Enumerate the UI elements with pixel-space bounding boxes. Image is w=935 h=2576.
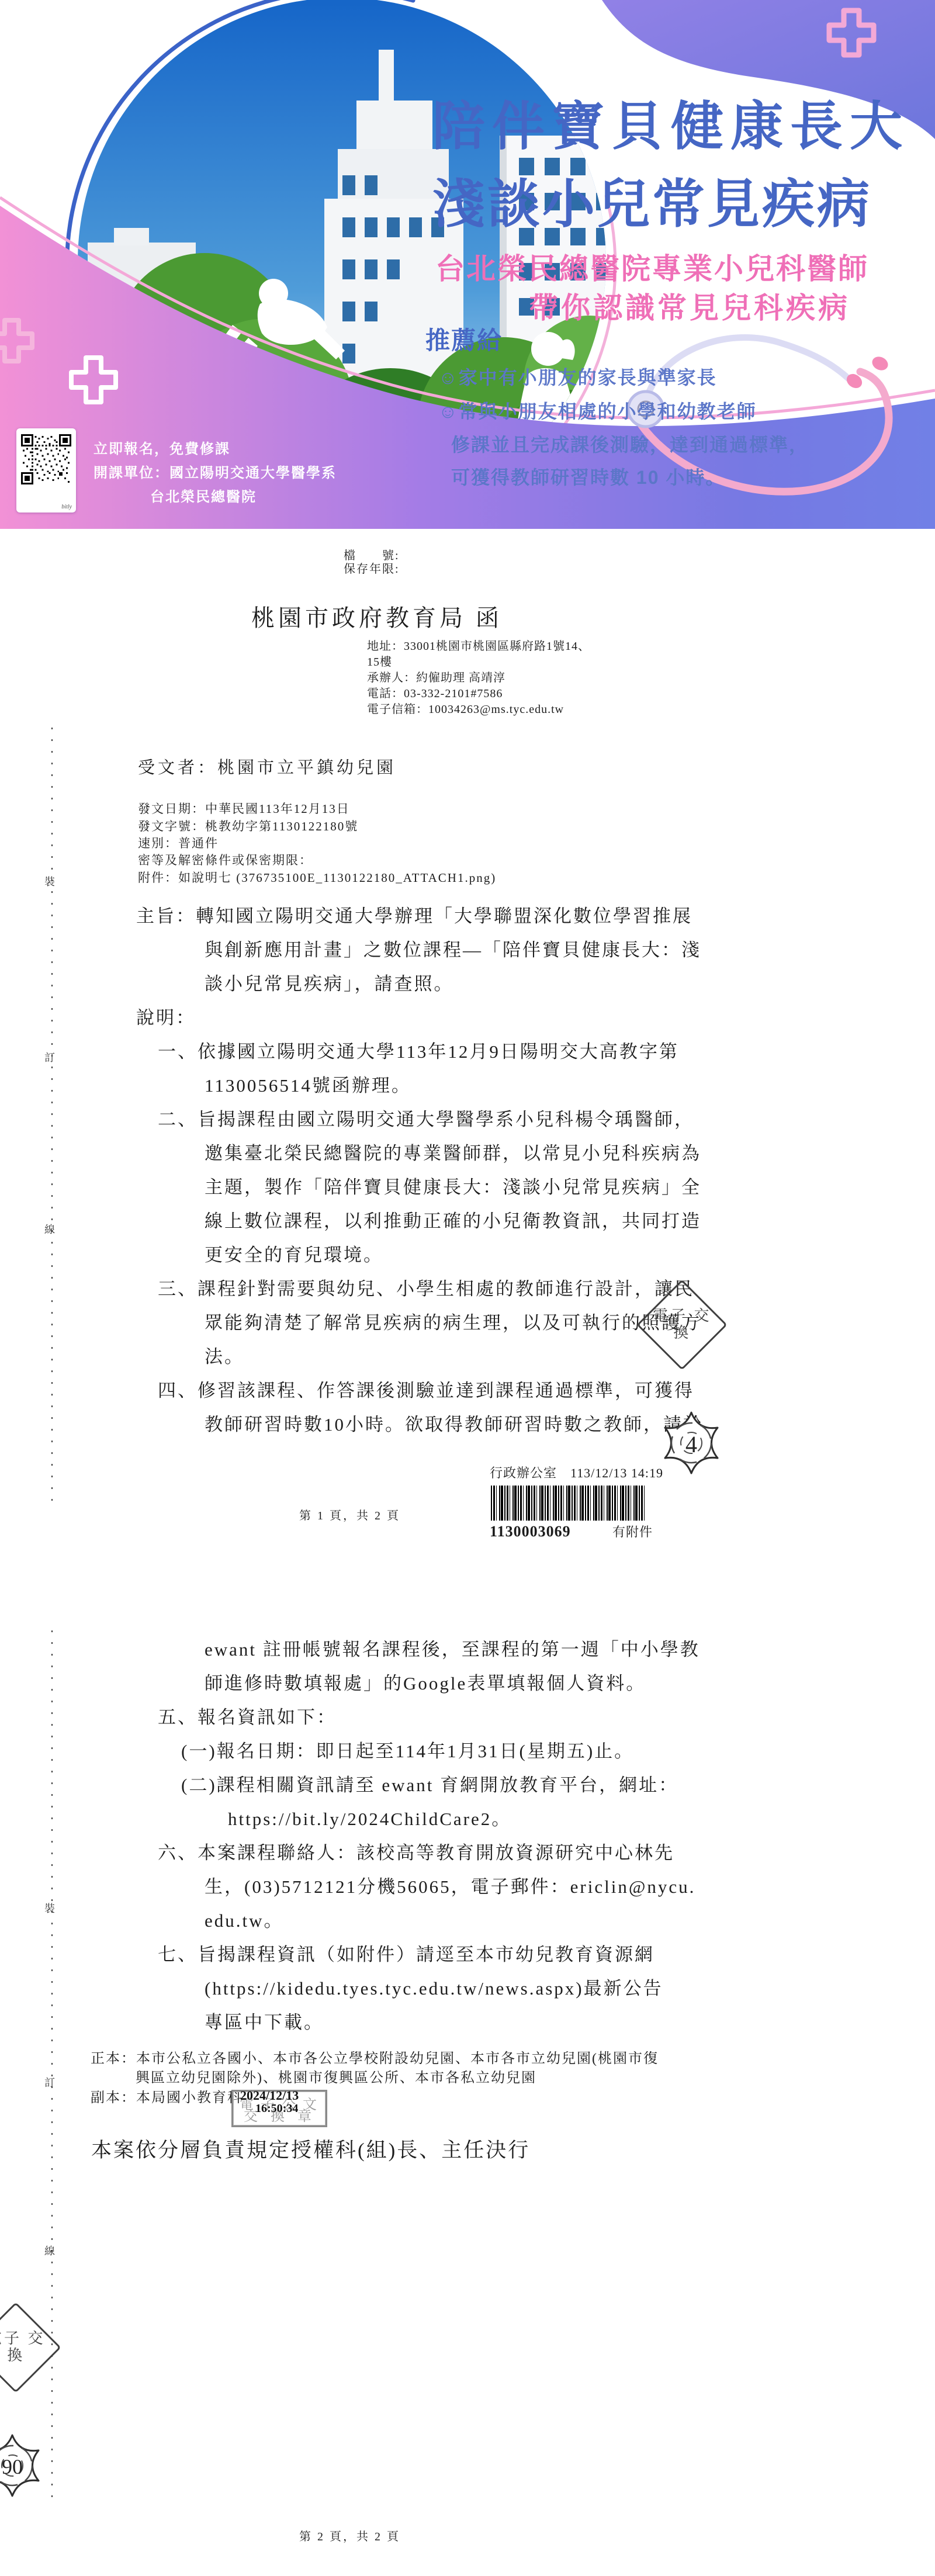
- original-copy-line: 正本：本市公私立各國小、本市各公立學校附設幼兒園、本市各市立幼兒園(桃園市復: [91, 2051, 659, 2068]
- binding-mark: 線: [44, 2243, 55, 2258]
- attachment-badge: 有附件: [612, 1525, 653, 1539]
- binding-mark: 線: [44, 1221, 55, 1237]
- flower-seal: 4: [659, 1411, 723, 1475]
- body-text-line: (二)課程相關資訊請至 ewant 育網開放教育平台，網址：: [181, 1775, 678, 1796]
- body-text-line: 三、課程針對需要與幼兒、小學生相處的教師進行設計，讓民: [158, 1279, 694, 1300]
- chop-text: 電子 交換: [0, 2331, 46, 2364]
- doc-number-line: 發文字號：桃教幼字第1130122180號: [138, 819, 358, 833]
- binding-mark: 裝: [44, 874, 55, 889]
- stamp-date: 2024/12/13: [240, 2088, 299, 2103]
- body-url-line: (https://kidedu.tyes.tyc.edu.tw/news.asp…: [205, 1978, 663, 1999]
- sender-address-line: 15樓: [367, 656, 392, 669]
- body-text-line: ewant 註冊帳號報名課程後，至課程的第一週「中小學教: [205, 1639, 700, 1660]
- binding-mark: 訂: [44, 2075, 55, 2090]
- file-number-label: 檔 號:: [344, 549, 400, 563]
- electronic-exchange-stamp: 電子公文 交換章 2024/12/13 16:50:34: [231, 2090, 327, 2127]
- doc-attachment-line: 附件：如說明七 (376735100E_1130122180_ATTACH1.p…: [138, 871, 496, 885]
- agency-title: 桃園市政府教育局 函: [251, 605, 503, 632]
- recipient-line: 受文者：桃園市立平鎮幼兒園: [138, 759, 396, 778]
- doc-speed-line: 速別：普通件: [138, 836, 219, 850]
- banner-cta-line1: 立即報名，免費修課: [93, 442, 230, 456]
- body-text-line: 生，(03)5712121分機56065，電子郵件：ericlin@nycu.: [205, 1876, 695, 1898]
- banner-cta-line3: 台北榮民總醫院: [150, 490, 257, 504]
- binding-line: [51, 1630, 53, 2507]
- banner-cta-line2: 開課單位：國立陽明交通大學醫學系: [93, 466, 337, 480]
- qr-pattern: [21, 434, 71, 484]
- barcode: [491, 1486, 646, 1521]
- seal-number: 90: [0, 2454, 44, 2479]
- qr-caption: bitly: [61, 504, 72, 510]
- flower-seal: 90: [0, 2433, 44, 2498]
- body-text-line: 眾能夠清楚了解常見疾病的病生理，以及可執行的照護方: [205, 1313, 701, 1334]
- qr-code: bitly: [16, 428, 76, 513]
- binding-mark: 裝: [44, 1900, 55, 1916]
- sender-contact-line: 承辦人：約僱助理 高靖淳: [367, 671, 505, 685]
- stamp-time: 16:50:34: [255, 2102, 298, 2115]
- body-text-line: 四、修習該課程、作答課後測驗並達到課程通過標準，可獲得: [158, 1380, 694, 1401]
- office-timestamp: 行政辦公室 113/12/13 14:19: [490, 1466, 663, 1480]
- body-text-line: 法。: [205, 1346, 244, 1367]
- explanation-heading: 說明：: [136, 1007, 196, 1029]
- doc-date-line: 發文日期：中華民國113年12月13日: [138, 802, 350, 816]
- banner-title-line2: 淺談小兒常見疾病: [432, 178, 872, 231]
- course-banner: 陪伴寶貝健康長大 淺談小兒常見疾病 台北榮民總醫院專業小兒科醫師 帶你認識常見兒…: [0, 0, 935, 529]
- body-text-line: 邀集臺北榮民總醫院的專業醫師群，以常見小兒科疾病為: [205, 1143, 701, 1164]
- sender-address-line: 地址：33001桃園市桃園區縣府路1號14、: [367, 640, 590, 653]
- barcode-number: 1130003069: [490, 1523, 571, 1540]
- body-text-line: edu.tw。: [205, 1910, 284, 1931]
- subject-line: 談小兒常見疾病」，請查照。: [205, 974, 454, 995]
- scanned-document-page: 陪伴寶貝健康長大 淺談小兒常見疾病 台北榮民總醫院專業小兒科醫師 帶你認識常見兒…: [0, 0, 935, 2576]
- body-text-line: 更安全的育兒環境。: [205, 1245, 383, 1266]
- banner-bullet-1: ☺家中有小朋友的家長與準家長: [438, 368, 717, 387]
- body-text-line: 一、依據國立陽明交通大學113年12月9日陽明交大高教字第: [158, 1041, 679, 1062]
- body-text-line: 教師研習時數10小時。欲取得教師研習時數之教師，請於: [205, 1414, 703, 1435]
- banner-subtitle-line2: 帶你認識常見兒科疾病: [529, 293, 850, 323]
- body-text-line: 專區中下載。: [205, 2012, 324, 2033]
- banner-bullet-2: ☺常與小朋友相處的小學和幼教老師: [438, 402, 757, 421]
- body-url-line: https://bit.ly/2024ChildCare2。: [228, 1809, 511, 1830]
- body-text-line: 線上數位課程，以利推動正確的小兒衛教資訊，共同打造: [205, 1211, 701, 1232]
- chop-text: 電子 交換: [652, 1308, 712, 1341]
- banner-recommend-heading: 推薦給: [425, 328, 503, 353]
- binding-line: [51, 728, 53, 1511]
- binding-mark: 訂: [44, 1050, 55, 1065]
- body-text-line: 六、本案課程聯絡人：該校高等教育開放資源研究中心林先: [158, 1843, 674, 1864]
- page-number-footer: 第 1 頁，共 2 頁: [299, 1509, 400, 1523]
- seal-number: 4: [659, 1431, 723, 1458]
- sender-email-line: 電子信箱：10034263@ms.tyc.edu.tw: [367, 703, 564, 716]
- doc-security-line: 密等及解密條件或保密期限：: [138, 853, 313, 867]
- body-text-line: 師進修時數填報處」的Google表單填報個人資料。: [205, 1673, 646, 1694]
- retention-label: 保存年限:: [344, 563, 400, 576]
- body-text-line: 七、旨揭課程資訊（如附件）請逕至本市幼兒教育資源網: [158, 1944, 654, 1965]
- body-text-line: 主題，製作「陪伴寶貝健康長大：淺談小兒常見疾病」全: [205, 1177, 701, 1198]
- body-text-line: (一)報名日期：即日起至114年1月31日(星期五)止。: [181, 1741, 634, 1762]
- banner-title-line1: 陪伴寶貝健康長大: [432, 101, 909, 153]
- subject-line: 與創新應用計畫」之數位課程—「陪伴寶貝健康長大：淺: [205, 940, 701, 961]
- body-text-line: 1130056514號函辦理。: [205, 1075, 411, 1096]
- body-text-line: 五、報名資訊如下：: [158, 1707, 337, 1728]
- banner-bullet-2-cont1: 修課並且完成課後測驗，達到通過標準，: [451, 435, 809, 454]
- original-copy-line: 興區立幼兒園除外)、桃園市復興區公所、本市各私立幼兒園: [136, 2071, 536, 2087]
- decision-authority-line: 本案依分層負責規定授權科(組)長、主任決行: [91, 2139, 530, 2162]
- sender-phone-line: 電話：03-332-2101#7586: [367, 687, 503, 701]
- subject-line: 主旨：轉知國立陽明交通大學辦理「大學聯盟深化數位學習推展: [136, 906, 692, 927]
- carbon-copy-line: 副本：本局國小教育科: [91, 2090, 243, 2107]
- body-text-line: 二、旨揭課程由國立陽明交通大學醫學系小兒科楊令瑀醫師，: [158, 1109, 694, 1130]
- banner-subtitle-line1: 台北榮民總醫院專業小兒科醫師: [435, 254, 869, 283]
- page-number-footer: 第 2 頁，共 2 頁: [299, 2530, 400, 2544]
- banner-bullet-2-cont2: 可獲得教師研習時數 10 小時。: [451, 468, 725, 487]
